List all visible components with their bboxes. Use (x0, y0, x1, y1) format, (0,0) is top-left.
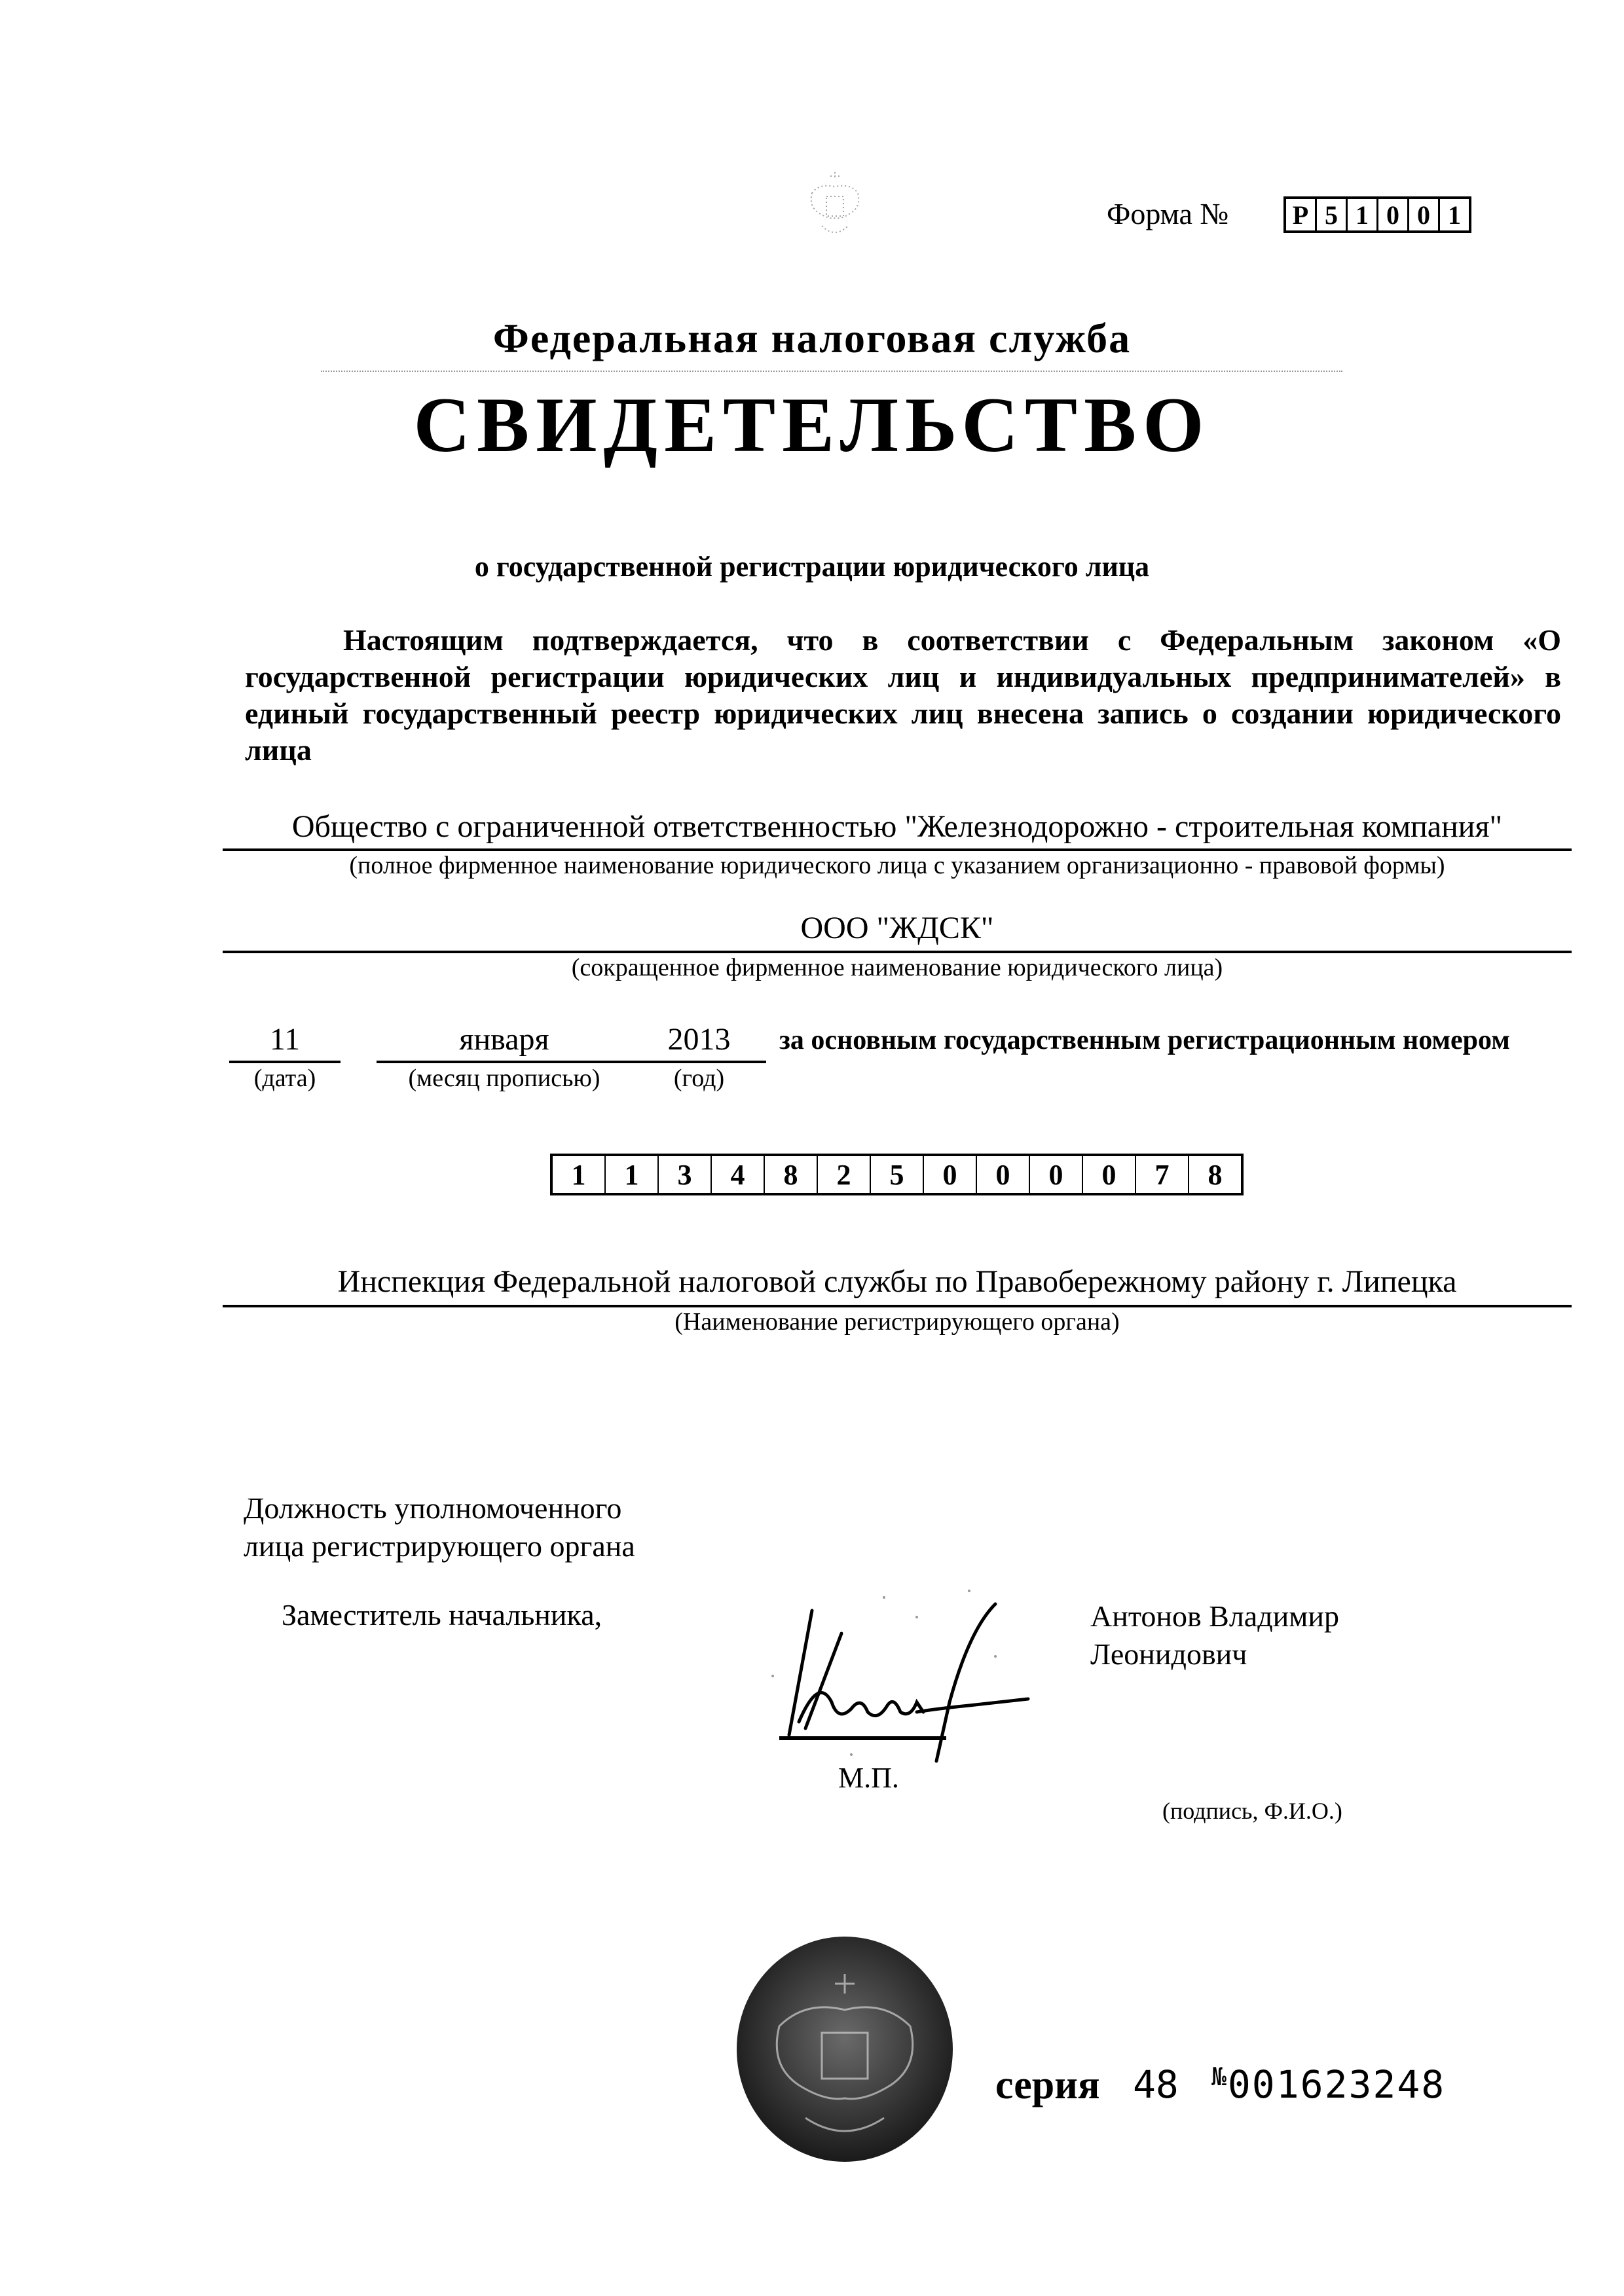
ogrn-digit: 7 (1136, 1156, 1189, 1193)
short-company-name: ООО "ЖДСК" (223, 910, 1572, 946)
signatory-name: Антонов Владимир Леонидович (1090, 1597, 1339, 1673)
stamp-place-label: М.П. (838, 1761, 899, 1795)
ogrn-digit: 0 (977, 1156, 1030, 1193)
emblem-icon (805, 167, 864, 246)
agency-name: Федеральная налоговая служба (0, 314, 1624, 363)
body-paragraph: Настоящим подтверждается, что в соответс… (245, 622, 1561, 769)
series-number: 48 (1133, 2062, 1179, 2107)
ogrn-digit: 4 (712, 1156, 765, 1193)
ogrn-digit: 0 (1030, 1156, 1083, 1193)
form-code-char: 0 (1409, 199, 1440, 230)
form-number-label: Форма № (1107, 196, 1228, 231)
underline (632, 1061, 766, 1063)
form-code-char: Р (1286, 199, 1317, 230)
ogrn-digit: 3 (659, 1156, 712, 1193)
position-label: Должность уполномоченного лица регистрир… (244, 1489, 635, 1565)
certificate-number: №001623248 (1211, 2062, 1445, 2107)
number-sign: № (1211, 2062, 1228, 2091)
authority-caption: (Наименование регистрирующего органа) (223, 1307, 1572, 1336)
hologram-seal-icon (733, 1935, 956, 2164)
registering-authority: Инспекция Федеральной налоговой службы п… (223, 1264, 1572, 1300)
registration-year: 2013 (632, 1021, 766, 1057)
document-subtitle: о государственной регистрации юридическо… (0, 550, 1624, 583)
document-title: СВИДЕТЕЛЬСТВО (0, 380, 1624, 470)
ogrn-digit: 8 (1189, 1156, 1241, 1193)
series-label: серия (995, 2062, 1100, 2109)
form-code-char: 0 (1378, 199, 1409, 230)
certificate-number-value: 001623248 (1228, 2062, 1445, 2107)
signature-caption: (подпись, Ф.И.О.) (1162, 1797, 1342, 1825)
signatory-name-line: Антонов Владимир (1090, 1597, 1339, 1635)
position-label-line: лица регистрирующего органа (244, 1527, 635, 1565)
ogrn-label: за основным государственным регистрацион… (779, 1025, 1510, 1056)
ogrn-number-boxes: 1 1 3 4 8 2 5 0 0 0 0 7 8 (550, 1154, 1244, 1195)
position-label-line: Должность уполномоченного (244, 1489, 635, 1527)
ogrn-digit: 1 (553, 1156, 606, 1193)
ogrn-digit: 0 (924, 1156, 977, 1193)
day-caption: (дата) (229, 1064, 341, 1093)
full-name-caption: (полное фирменное наименование юридическ… (223, 851, 1572, 880)
ogrn-digit: 5 (871, 1156, 924, 1193)
registration-month: января (377, 1021, 632, 1057)
form-code-char: 5 (1317, 199, 1348, 230)
month-caption: (месяц прописью) (377, 1064, 632, 1093)
ogrn-digit: 8 (765, 1156, 818, 1193)
signatory-position: Заместитель начальника, (282, 1597, 602, 1632)
signatory-name-line: Леонидович (1090, 1635, 1339, 1673)
year-caption: (год) (632, 1064, 766, 1093)
underline (377, 1061, 632, 1063)
full-company-name: Общество с ограниченной ответственностью… (223, 809, 1572, 845)
divider (321, 371, 1342, 372)
ogrn-digit: 0 (1083, 1156, 1136, 1193)
form-code-boxes: Р 5 1 0 0 1 (1283, 196, 1471, 233)
form-code-char: 1 (1348, 199, 1378, 230)
underline (229, 1061, 341, 1063)
registration-day: 11 (229, 1021, 341, 1057)
ogrn-digit: 1 (606, 1156, 659, 1193)
form-code-char: 1 (1440, 199, 1469, 230)
handwritten-signature (720, 1571, 1100, 1768)
ogrn-digit: 2 (818, 1156, 871, 1193)
short-name-caption: (сокращенное фирменное наименование юрид… (223, 953, 1572, 982)
